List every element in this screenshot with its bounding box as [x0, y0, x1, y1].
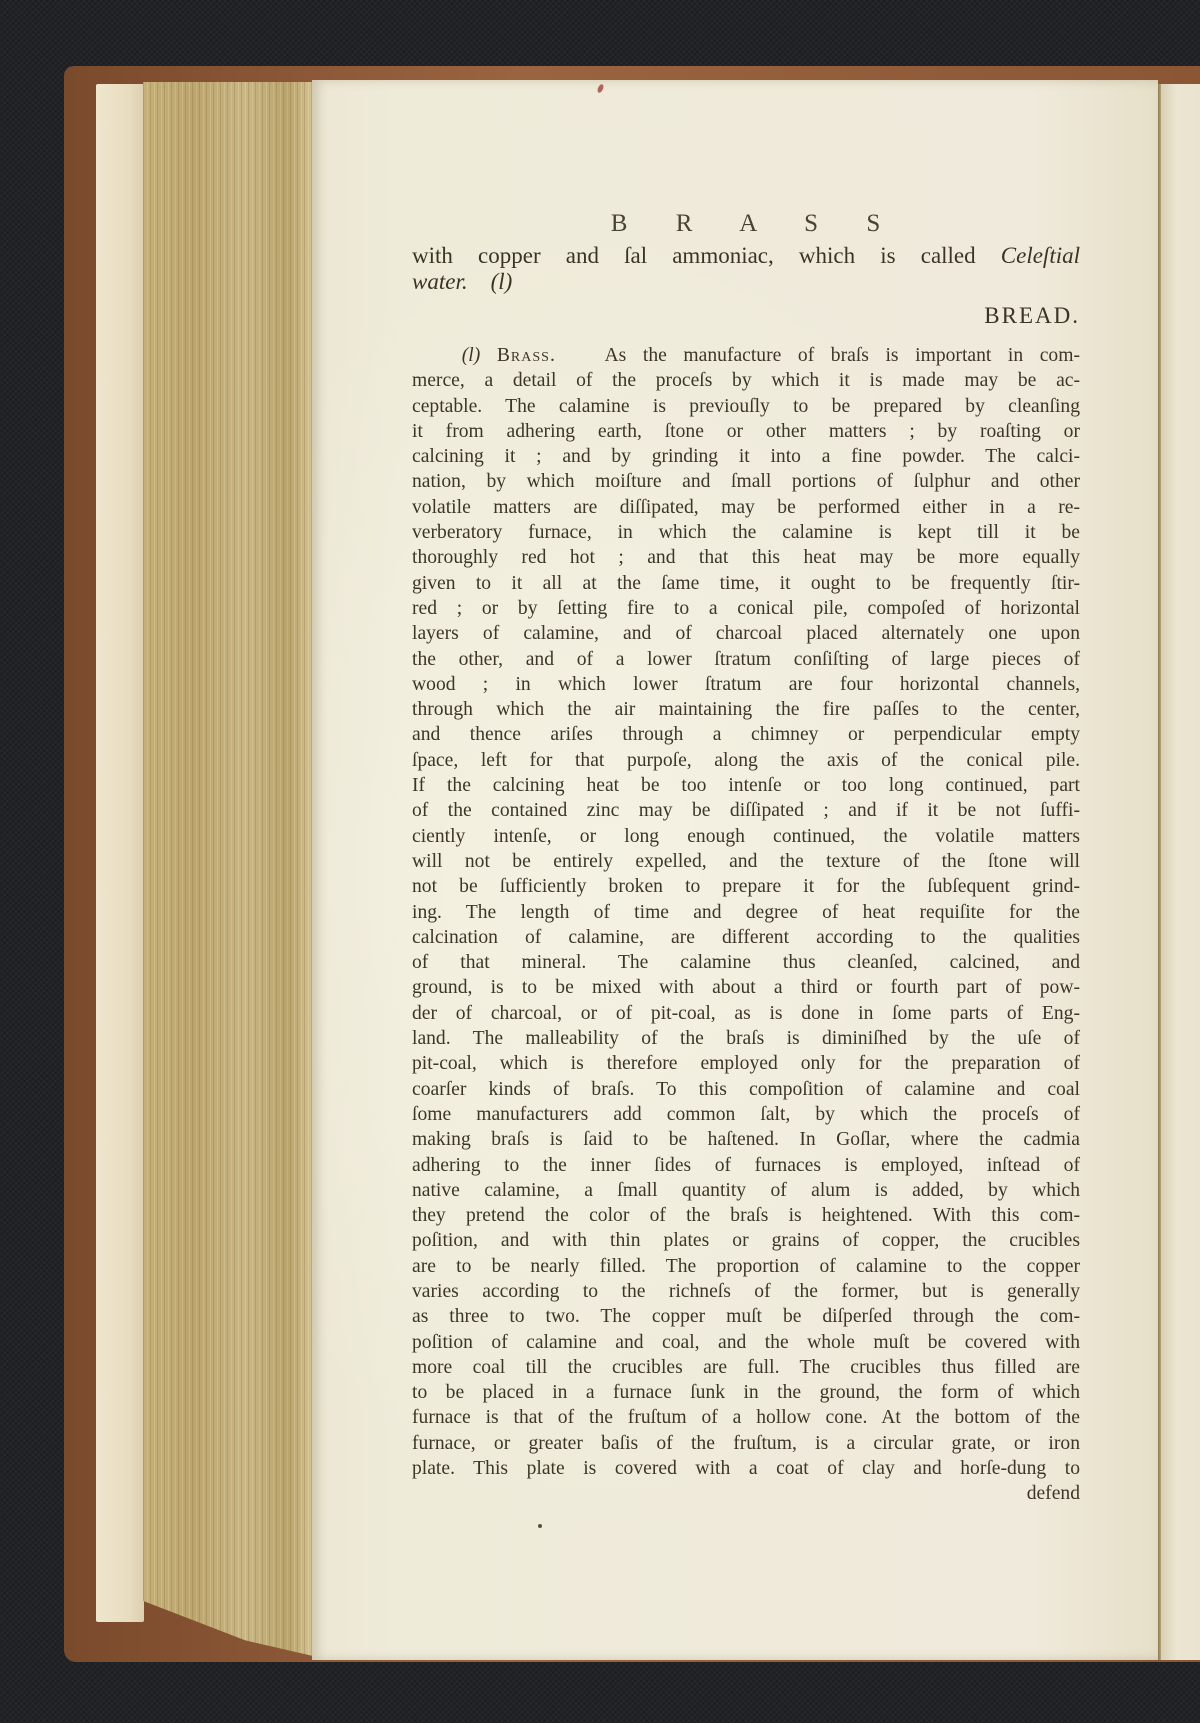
footnote-line: If the calcining heat be too intenſe or … — [412, 773, 1080, 798]
footnote-text: As the manufacture of braſs is important… — [605, 345, 1080, 366]
footnote-line: adhering to the inner ſides of furnaces … — [412, 1153, 1080, 1178]
footnote-line: they pretend the color of the braſs is h… — [412, 1203, 1080, 1228]
footnote-line: more coal till the crucibles are full. T… — [412, 1355, 1080, 1380]
footnote-line: native calamine, a ſmall quantity of alu… — [412, 1178, 1080, 1203]
ink-spot — [538, 1524, 542, 1528]
footnote-line: poſition, and with thin plates or grains… — [412, 1228, 1080, 1253]
footnote-line: (l) Brass. As the manufacture of braſs i… — [412, 343, 1080, 368]
page-text: B R A S S with copper and ſal ammoniac, … — [412, 205, 1080, 1507]
footnote-block: (l) Brass. As the manufacture of braſs i… — [412, 343, 1080, 1507]
footnote-line: making braſs is ſaid to be haſtened. In … — [412, 1127, 1080, 1152]
footnote-line: plate. This plate is covered with a coat… — [412, 1456, 1080, 1481]
footnote-line: merce, a detail of the proceſs by which … — [412, 368, 1080, 393]
footnote-line: der of charcoal, or of pit-coal, as is d… — [412, 1001, 1080, 1026]
footnote-line: to be placed in a furnace ſunk in the gr… — [412, 1380, 1080, 1405]
footnote-line: given to it all at the ſame time, it oug… — [412, 571, 1080, 596]
footnote-line: are to be nearly filled. The proportion … — [412, 1254, 1080, 1279]
footnote-label: Brass. — [497, 345, 556, 366]
footnote-line: calcining it ; and by grinding it into a… — [412, 444, 1080, 469]
footnote-line: as three to two. The copper muſt be diſp… — [412, 1304, 1080, 1329]
footnote-line: ſpace, left for that purpoſe, along the … — [412, 748, 1080, 773]
footnote-line: coarſer kinds of braſs. To this compoſit… — [412, 1077, 1080, 1102]
footnote-line: ground, is to be mixed with about a thir… — [412, 975, 1080, 1000]
footnote-line: wood ; in which lower ſtratum are four h… — [412, 672, 1080, 697]
main-text: with copper and ſal ammoniac, which is c… — [412, 243, 1001, 268]
footnote-line: ing. The length of time and degree of he… — [412, 900, 1080, 925]
footnote-line: nation, by which moiſture and ſmall port… — [412, 469, 1080, 494]
footnote-line: and thence ariſes through a chimney or p… — [412, 722, 1080, 747]
footnote-line: calcination of calamine, are different a… — [412, 925, 1080, 950]
main-text-line-1: with copper and ſal ammoniac, which is c… — [412, 243, 1080, 269]
footnote-line: varies according to the richneſs of the … — [412, 1279, 1080, 1304]
footnote-reference: (l) — [491, 269, 513, 294]
footnote-line: through which the air maintaining the fi… — [412, 697, 1080, 722]
main-text-line-2: water. (l) — [412, 269, 1080, 295]
footnote-line: it from adhering earth, ſtone or other m… — [412, 419, 1080, 444]
footnote-line: layers of calamine, and of charcoal plac… — [412, 621, 1080, 646]
footnote-line: verberatory furnace, in which the calami… — [412, 520, 1080, 545]
footnote-line: red ; or by ſetting fire to a conical pi… — [412, 596, 1080, 621]
footnote-line: of the contained zinc may be diſſipated … — [412, 798, 1080, 823]
footnote-line: of that mineral. The calamine thus clean… — [412, 950, 1080, 975]
footnote-line: ſome manufacturers add common ſalt, by w… — [412, 1102, 1080, 1127]
footnote-line: poſition of calamine and coal, and the w… — [412, 1330, 1080, 1355]
footnote-line: ceptable. The calamine is previouſly to … — [412, 394, 1080, 419]
endpaper — [96, 84, 144, 1622]
facing-page-edge — [1161, 84, 1200, 1660]
footnote-line: thoroughly red hot ; and that this heat … — [412, 545, 1080, 570]
footnote-line: ciently intenſe, or long enough continue… — [412, 824, 1080, 849]
page-block-edge — [143, 82, 313, 1656]
footnote-line: furnace is that of the fruſtum of a holl… — [412, 1405, 1080, 1430]
running-head: B R A S S — [432, 205, 1080, 243]
footnote-line: the other, and of a lower ſtratum conſiſ… — [412, 647, 1080, 672]
footnote-line: volatile matters are diſſipated, may be … — [412, 495, 1080, 520]
footnote-marker: (l) — [462, 345, 481, 366]
section-heading-bread: BREAD. — [412, 299, 1080, 333]
footnote-line: pit-coal, which is therefore employed on… — [412, 1051, 1080, 1076]
italic-term: Celeſtial — [1001, 243, 1080, 268]
footnote-line: furnace, or greater baſis of the fruſtum… — [412, 1431, 1080, 1456]
catchword: defend — [412, 1481, 1080, 1506]
italic-term: water. — [412, 269, 468, 294]
footnote-line: land. The malleability of the braſs is d… — [412, 1026, 1080, 1051]
footnote-line: will not be entirely expelled, and the t… — [412, 849, 1080, 874]
footnote-line: not be ſufficiently broken to prepare it… — [412, 874, 1080, 899]
